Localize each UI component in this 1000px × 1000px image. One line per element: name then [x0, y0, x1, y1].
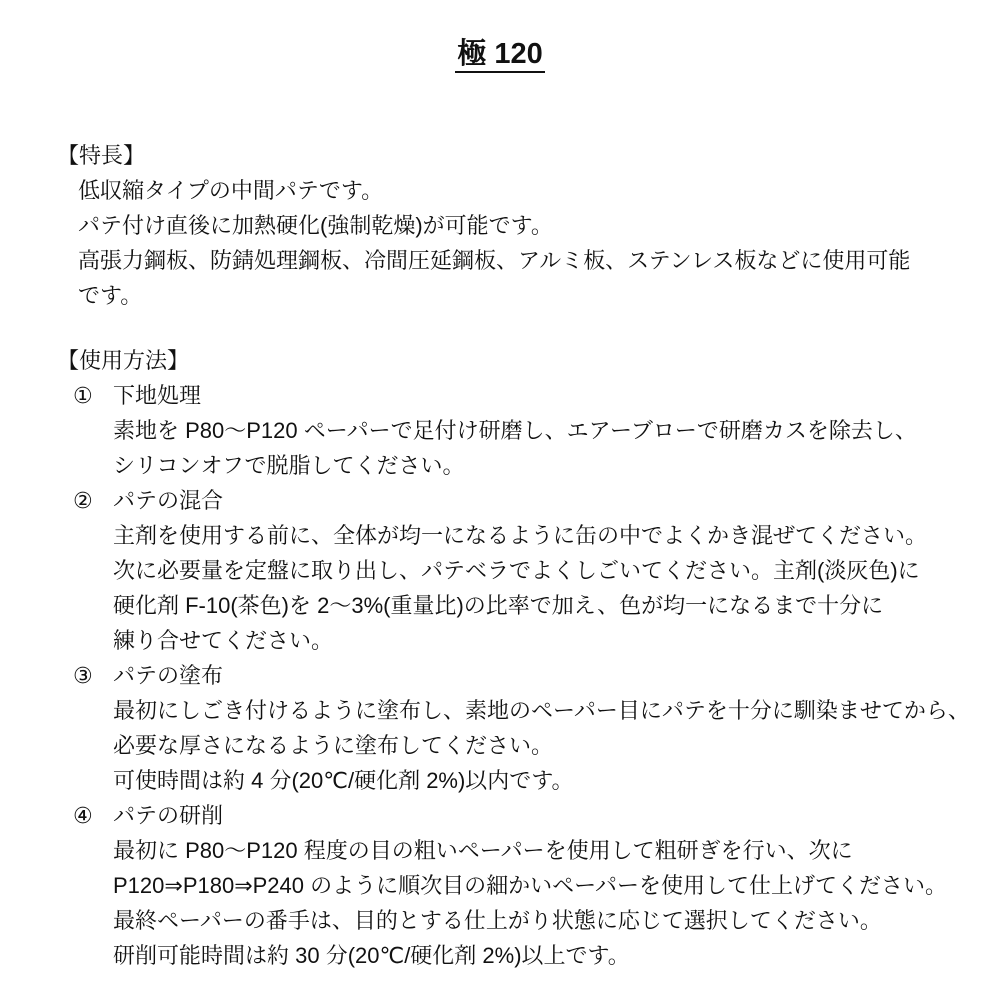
step-line: 素地を P80〜P120 ペーパーで足付け研磨し、エアーブローで研磨カスを除去し…: [113, 413, 960, 448]
step-line: 次に必要量を定盤に取り出し、パテベラでよくしごいてください。主剤(淡灰色)に: [113, 553, 960, 588]
document-title: 極 120: [0, 36, 1000, 73]
features-line: パテ付け直後に加熱硬化(強制乾燥)が可能です。: [78, 208, 960, 243]
document-content: 【特長】 低収縮タイプの中間パテです。 パテ付け直後に加熱硬化(強制乾燥)が可能…: [0, 138, 1000, 973]
step-title: パテの塗布: [113, 663, 223, 688]
features-section: 【特長】 低収縮タイプの中間パテです。 パテ付け直後に加熱硬化(強制乾燥)が可能…: [57, 138, 960, 313]
step-head: ②パテの混合: [73, 483, 960, 518]
features-line: 高張力鋼板、防錆処理鋼板、冷間圧延鋼板、アルミ板、ステンレス板などに使用可能: [78, 243, 960, 278]
usage-step-3: ③パテの塗布 最初にしごき付けるように塗布し、素地のペーパー目にパテを十分に馴染…: [57, 658, 960, 798]
step-line: 最終ペーパーの番手は、目的とする仕上がり状態に応じて選択してください。: [113, 903, 960, 938]
document-page: 極 120 【特長】 低収縮タイプの中間パテです。 パテ付け直後に加熱硬化(強制…: [0, 0, 1000, 1000]
step-head: ④パテの研削: [73, 798, 960, 833]
step-body: 主剤を使用する前に、全体が均一になるように缶の中でよくかき混ぜてください。 次に…: [113, 518, 960, 658]
usage-heading: 【使用方法】: [57, 343, 960, 378]
usage-step-1: ①下地処理 素地を P80〜P120 ペーパーで足付け研磨し、エアーブローで研磨…: [57, 378, 960, 483]
step-number: ②: [73, 483, 113, 518]
step-line: 必要な厚さになるように塗布してください。: [113, 728, 960, 763]
features-line: 低収縮タイプの中間パテです。: [78, 173, 960, 208]
step-number: ④: [73, 798, 113, 833]
step-line: 主剤を使用する前に、全体が均一になるように缶の中でよくかき混ぜてください。: [113, 518, 960, 553]
step-line: 硬化剤 F-10(茶色)を 2〜3%(重量比)の比率で加え、色が均一になるまで十…: [113, 588, 960, 623]
step-line: 練り合せてください。: [113, 623, 960, 658]
step-line: 最初にしごき付けるように塗布し、素地のペーパー目にパテを十分に馴染ませてから、: [113, 693, 960, 728]
step-number: ③: [73, 658, 113, 693]
step-title: パテの混合: [113, 488, 223, 513]
step-title: 下地処理: [113, 383, 201, 408]
features-heading: 【特長】: [57, 138, 960, 173]
usage-step-2: ②パテの混合 主剤を使用する前に、全体が均一になるように缶の中でよくかき混ぜてく…: [57, 483, 960, 658]
features-body: 低収縮タイプの中間パテです。 パテ付け直後に加熱硬化(強制乾燥)が可能です。 高…: [78, 173, 960, 313]
step-head: ③パテの塗布: [73, 658, 960, 693]
step-line: 研削可能時間は約 30 分(20℃/硬化剤 2%)以上です。: [113, 938, 960, 973]
features-line: です。: [78, 278, 960, 313]
usage-section: 【使用方法】 ①下地処理 素地を P80〜P120 ペーパーで足付け研磨し、エア…: [57, 343, 960, 973]
step-body: 最初にしごき付けるように塗布し、素地のペーパー目にパテを十分に馴染ませてから、 …: [113, 693, 960, 798]
step-head: ①下地処理: [73, 378, 960, 413]
step-number: ①: [73, 378, 113, 413]
step-body: 素地を P80〜P120 ペーパーで足付け研磨し、エアーブローで研磨カスを除去し…: [113, 413, 960, 483]
step-title: パテの研削: [113, 803, 223, 828]
step-body: 最初に P80〜P120 程度の目の粗いペーパーを使用して粗研ぎを行い、次に P…: [113, 833, 960, 973]
step-line: P120⇒P180⇒P240 のように順次目の細かいペーパーを使用して仕上げてく…: [113, 868, 960, 903]
usage-step-4: ④パテの研削 最初に P80〜P120 程度の目の粗いペーパーを使用して粗研ぎを…: [57, 798, 960, 973]
step-line: 最初に P80〜P120 程度の目の粗いペーパーを使用して粗研ぎを行い、次に: [113, 833, 960, 868]
step-line: シリコンオフで脱脂してください。: [113, 448, 960, 483]
step-line: 可使時間は約 4 分(20℃/硬化剤 2%)以内です。: [113, 763, 960, 798]
document-title-text: 極 120: [455, 38, 544, 73]
